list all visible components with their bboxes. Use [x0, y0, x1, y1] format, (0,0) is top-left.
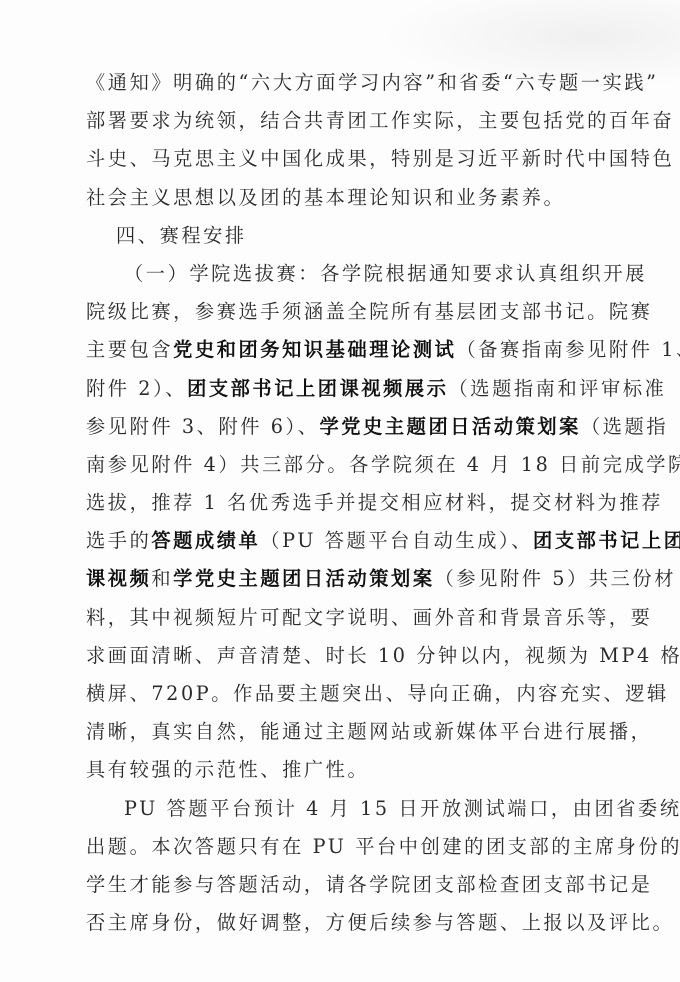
text-line: 求画面清晰、声音清楚、时长 10 分钟以内，视频为 MP4 格式、 — [86, 637, 604, 675]
text-line: 院级比赛，参赛选手须涵盖全院所有基层团支部书记。院赛 — [86, 293, 604, 331]
text-line: 社会主义思想以及团的基本理论知识和业务素养。 — [86, 179, 604, 217]
text-span: 和 — [151, 567, 173, 590]
text-span: （参见附件 5）共三份材 — [435, 567, 676, 590]
text-line: 具有较强的示范性、推广性。 — [86, 751, 604, 789]
text-span: 选手的 — [86, 529, 151, 552]
text-line: （一）学院选拔赛：各学院根据通知要求认真组织开展 — [86, 255, 604, 293]
text-span: （PU 答题平台自动生成）、 — [260, 529, 533, 552]
text-line: 南参见附件 4）共三部分。各学院须在 4 月 18 日前完成学院 — [86, 446, 604, 484]
text-line: PU 答题平台预计 4 月 15 日开放测试端口，由团省委统一 — [86, 790, 604, 828]
text-span: 参见附件 3、附件 6）、 — [86, 415, 320, 438]
text-line: 部署要求为统领，结合共青团工作实际，主要包括党的百年奋 — [86, 102, 604, 140]
bold-term: 课视频 — [86, 567, 151, 590]
text-line: 选手的答题成绩单（PU 答题平台自动生成）、团支部书记上团 — [86, 522, 604, 560]
text-span: 主要包含 — [86, 338, 173, 361]
text-span: （选题指南和评审标准 — [449, 377, 667, 400]
text-line: 参见附件 3、附件 6）、学党史主题团日活动策划案（选题指 — [86, 408, 604, 446]
bold-term: 学党史主题团日活动策划案 — [173, 567, 434, 590]
text-span: （备赛指南参见附件 1、 — [456, 338, 680, 361]
text-span: （选题指 — [581, 415, 668, 438]
text-line: 附件 2）、团支部书记上团课视频展示（选题指南和评审标准 — [86, 370, 604, 408]
text-line: 否主席身份，做好调整，方便后续参与答题、上报以及评比。 — [86, 904, 604, 942]
section-heading: 四、赛程安排 — [86, 217, 604, 255]
bold-term: 团支部书记上团 — [533, 529, 680, 552]
text-line: 主要包含党史和团务知识基础理论测试（备赛指南参见附件 1、 — [86, 331, 604, 369]
text-line: 学生才能参与答题活动，请各学院团支部检查团支部书记是 — [86, 866, 604, 904]
bold-term: 党史和团务知识基础理论测试 — [173, 338, 456, 361]
bold-term: 团支部书记上团课视频展示 — [187, 377, 448, 400]
bold-term: 答题成绩单 — [151, 529, 260, 552]
text-line: 清晰，真实自然，能通过主题网站或新媒体平台进行展播， — [86, 713, 604, 751]
text-line: 出题。本次答题只有在 PU 平台中创建的团支部的主席身份的 — [86, 828, 604, 866]
text-line: 《通知》明确的“六大方面学习内容”和省委“六专题一实践” — [86, 64, 604, 102]
text-line: 课视频和学党史主题团日活动策划案（参见附件 5）共三份材 — [86, 560, 604, 598]
bold-term: 学党史主题团日活动策划案 — [320, 415, 581, 438]
text-line: 横屏、720P。作品要主题突出、导向正确，内容充实、逻辑 — [86, 675, 604, 713]
text-span: 附件 2）、 — [86, 377, 187, 400]
text-line: 选拔，推荐 1 名优秀选手并提交相应材料，提交材料为推荐 — [86, 484, 604, 522]
text-line: 料，其中视频短片可配文字说明、画外音和背景音乐等，要 — [86, 599, 604, 637]
document-page: 《通知》明确的“六大方面学习内容”和省委“六专题一实践” 部署要求为统领，结合共… — [86, 64, 604, 942]
text-line: 斗史、马克思主义中国化成果，特别是习近平新时代中国特色 — [86, 140, 604, 178]
